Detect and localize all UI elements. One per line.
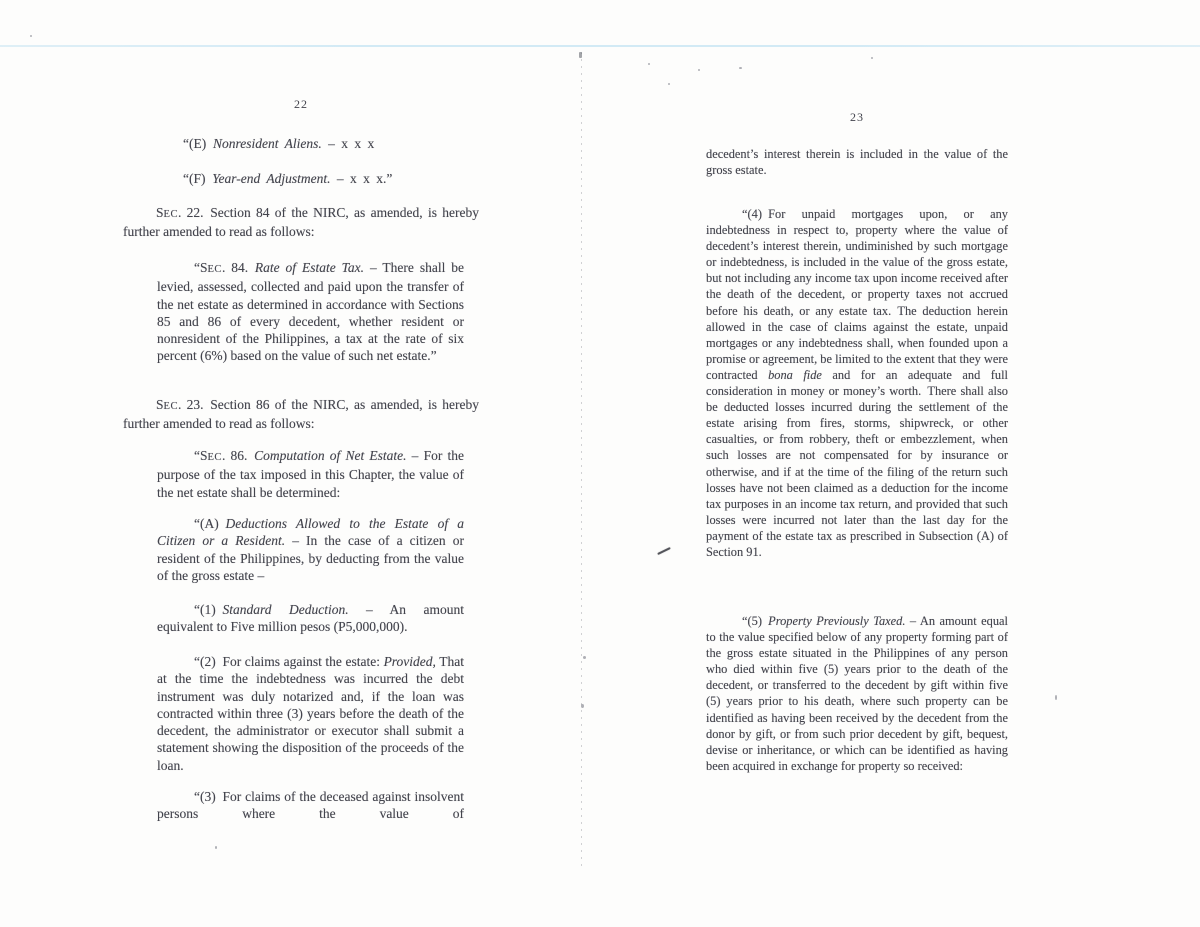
- text-run: S: [156, 397, 164, 412]
- text-run: . 86.: [222, 448, 254, 463]
- text-run: “(1): [194, 602, 222, 617]
- text-run: “(E): [183, 136, 213, 151]
- text-run: Property Previously Taxed.: [768, 614, 905, 628]
- text-run: . 84.: [222, 260, 255, 275]
- text-run: “(3) For claims of the deceased against …: [157, 789, 464, 821]
- paragraph: “(4) For unpaid mortgages upon, or any i…: [706, 206, 1008, 560]
- left-page-sheet: 22 “(E) Nonresident Aliens. – x x x“(F) …: [123, 0, 479, 927]
- scan-speck: [668, 83, 670, 85]
- paragraph: SEC. 23. Section 86 of the NIRC, as amen…: [123, 396, 479, 433]
- text-run: “(A): [194, 516, 225, 531]
- center-fold-crease: [581, 52, 582, 868]
- text-run: “S: [194, 260, 208, 275]
- text-run: “(2) For claims against the estate:: [194, 654, 384, 669]
- text-run: EC: [208, 452, 222, 463]
- paragraph: “SEC. 86. Computation of Net Estate. – F…: [157, 447, 464, 501]
- page-number: 23: [706, 110, 1008, 125]
- scan-speck: [583, 656, 586, 659]
- text-run: EC: [208, 264, 222, 275]
- text-run: Provided,: [384, 654, 436, 669]
- text-run: Nonresident Aliens.: [213, 136, 322, 151]
- paragraph: SEC. 22. Section 84 of the NIRC, as amen…: [123, 204, 479, 241]
- text-run: S: [156, 205, 164, 220]
- paragraph: decedent’s interest therein is included …: [706, 146, 1008, 178]
- paragraph: “(2) For claims against the estate: Prov…: [157, 653, 464, 774]
- text-run: “(5): [742, 614, 768, 628]
- text-run: Computation of Net Estate.: [254, 448, 406, 463]
- text-run: EC: [164, 209, 178, 220]
- paragraph: “(1) Standard Deduction. – An amount equ…: [157, 601, 464, 636]
- text-run: Rate of Estate Tax.: [255, 260, 364, 275]
- scan-speck: [648, 63, 650, 65]
- scan-speck: [698, 69, 700, 71]
- text-run: EC: [164, 401, 178, 412]
- paragraph: “(F) Year-end Adjustment. – x x x.”: [183, 170, 479, 187]
- scan-speck: [30, 35, 32, 37]
- crease-top-tick: [579, 52, 582, 58]
- paragraph: “SEC. 84. Rate of Estate Tax. – There sh…: [157, 259, 464, 365]
- text-run: “S: [194, 448, 208, 463]
- scan-speck: [581, 704, 584, 708]
- text-run: That at the time the indebtedness was in…: [157, 654, 464, 773]
- right-page-sheet: 23 decedent’s interest therein is includ…: [706, 0, 1008, 927]
- text-run: Standard Deduction.: [222, 602, 348, 617]
- text-run: “(F): [183, 171, 212, 186]
- text-run: – An amount equal to the value specified…: [706, 614, 1008, 773]
- paragraph: “(A) Deductions Allowed to the Estate of…: [157, 515, 464, 584]
- text-run: decedent’s interest therein is included …: [706, 147, 1008, 177]
- text-run: and for an adequate and full considerati…: [706, 368, 1008, 559]
- text-run: Year-end Adjustment.: [212, 171, 330, 186]
- text-run: bona fide: [768, 368, 822, 382]
- paragraph: “(5) Property Previously Taxed. – An amo…: [706, 613, 1008, 774]
- paragraph: “(3) For claims of the deceased against …: [157, 788, 464, 823]
- page-number: 22: [123, 97, 479, 112]
- pencil-mark: [657, 547, 670, 555]
- text-run: – x x x.”: [330, 171, 392, 186]
- text-run: – x x x: [322, 136, 375, 151]
- paragraph: “(E) Nonresident Aliens. – x x x: [183, 135, 479, 152]
- text-run: “(4) For unpaid mortgages upon, or any i…: [706, 207, 1008, 382]
- text-run: – There shall be levied, assessed, colle…: [157, 260, 464, 363]
- scan-speck: [1055, 695, 1057, 700]
